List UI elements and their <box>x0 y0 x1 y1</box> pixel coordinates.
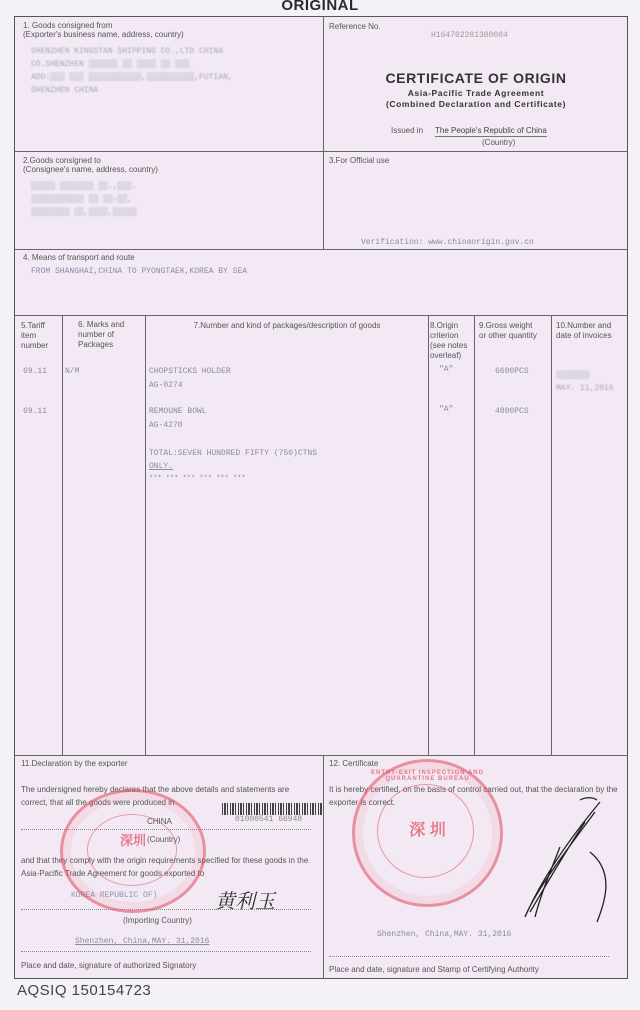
dotted-line <box>329 956 609 957</box>
box2-sublabel: (Consignee's name, address, country) <box>23 165 158 175</box>
exporter-line: SHENZHEN CHINA <box>31 84 98 97</box>
total-packages-only: ONLY. <box>149 460 173 473</box>
consignee-line: ▒▒▒▒▒▒▒▒▒▒▒ ▒▒ ▒▒-▒▒, <box>31 193 132 206</box>
total-packages: TOTAL:SEVEN HUNDRED FIFTY (750)CTNS <box>149 447 317 460</box>
box1-sublabel: (Exporter's business name, address, coun… <box>23 30 184 40</box>
col9-header: 9.Gross weightor other quantity <box>479 321 551 341</box>
country-caption: (Country) <box>482 138 515 148</box>
certifier-signature <box>505 792 615 927</box>
invoice-date: MAY. 11,2016 <box>556 382 614 395</box>
reference-label: Reference No. <box>329 22 381 32</box>
certificate-subtitle: Asia-Pacific Trade Agreement <box>325 88 627 98</box>
divider <box>323 755 324 979</box>
consignee-line: ▒▒▒▒▒ ▒▒▒▒▒▒▒ ▒▒.,▒▒▒. <box>31 180 137 193</box>
divider <box>323 17 324 249</box>
certificate-sheet: 1. Goods consigned from (Exporter's busi… <box>14 16 628 979</box>
divider <box>15 755 627 756</box>
certificate-subtitle-2: (Combined Declaration and Certificate) <box>325 99 627 109</box>
divider <box>428 315 429 755</box>
divider <box>145 315 146 755</box>
divider <box>474 315 475 755</box>
goods-model: AG-0274 <box>149 379 183 392</box>
divider <box>62 315 63 755</box>
tariff-number: 69.11 <box>23 405 47 418</box>
company-stamp: 深圳 <box>60 789 206 913</box>
marks: N/M <box>65 365 79 378</box>
divider <box>15 151 627 152</box>
invoice-number: ▒▒▒▒▒▒▒ <box>556 369 590 382</box>
quantity: 6600PCS <box>495 365 529 378</box>
col6-header: 6. Marks andnumber ofPackages <box>78 320 144 350</box>
consignee-line: ▒▒▒▒▒▒▒▒ ▒▒,▒▒▒▒,▒▒▒▒▒ <box>31 206 137 219</box>
dotted-line <box>21 909 311 910</box>
col8-header: 8.Origincriterion(see notesoverleaf) <box>430 321 474 361</box>
box4-label: 4. Means of transport and route <box>23 253 135 263</box>
dotted-line <box>21 951 311 952</box>
divider <box>551 315 552 755</box>
box11-label: 11.Declaration by the exporter <box>21 759 128 769</box>
exporter-line: ADD:▒▒▒ ▒▒▒ ▒▒▒▒▒▒▒▒▒▒▒,▒▒▒▒▒▒▒▒▒▒,FUTIA… <box>31 71 233 84</box>
tariff-number: 69.11 <box>23 365 47 378</box>
certifier-place-date: Shenzhen, China,MAY. 31,2016 <box>377 928 511 941</box>
origin-criterion: "A" <box>439 363 453 376</box>
exporter-signatory-label: Place and date, signature of authorized … <box>21 961 196 971</box>
verification-url: Verification: www.chinaorigin.gov.cn <box>361 236 534 249</box>
exporter-line: SHENZHEN KINGSTAN SHIPPING CO.,LTD CHINA <box>31 45 223 58</box>
goods-description: REMOUNE BOWL <box>149 405 207 418</box>
aqsiq-serial: AQSIQ 150154723 <box>17 982 151 999</box>
barcode-number: 01000541 66948 <box>235 813 302 826</box>
issued-in-country: The People's Republic of China <box>435 126 547 137</box>
quantity: 4800PCS <box>495 405 529 418</box>
issued-in-label: Issued in <box>391 126 423 136</box>
col10-header: 10.Number anddate of invoices <box>556 321 628 341</box>
col5-header: 5.Tariffitemnumber <box>21 321 61 351</box>
certifying-authority-label: Place and date, signature and Stamp of C… <box>329 965 539 975</box>
importing-country-caption: (Importing Country) <box>123 916 192 926</box>
box3-label: 3.For Official use <box>329 156 389 166</box>
col7-header: 7.Number and kind of packages/descriptio… <box>146 321 428 331</box>
original-stamp-title: ORIGINAL <box>0 0 640 14</box>
divider <box>15 315 627 316</box>
transport-route: FROM SHANGHAI,CHINA TO PYONGTAEK,KOREA B… <box>31 265 247 278</box>
goods-description: CHOPSTICKS HOLDER <box>149 365 231 378</box>
reference-number: H164702281300004 <box>431 29 508 42</box>
origin-criterion: "A" <box>439 403 453 416</box>
exporter-place-date: Shenzhen, China,MAY. 31,2016 <box>75 935 209 948</box>
exporter-line: CO.SHENZHEN ▒▒▒▒▒▒ ▒▒ ▒▒▒▒ ▒▒ ▒▒▒ <box>31 58 189 71</box>
official-stamp: 深 圳 ENTRY-EXIT INSPECTION AND QUARANTINE… <box>352 759 503 907</box>
divider <box>15 249 627 250</box>
certificate-title: CERTIFICATE OF ORIGIN <box>325 70 627 86</box>
box12-label: 12. Certificate <box>329 759 378 769</box>
goods-model: AG-4270 <box>149 419 183 432</box>
end-marks: *** *** *** *** *** *** <box>149 473 246 486</box>
